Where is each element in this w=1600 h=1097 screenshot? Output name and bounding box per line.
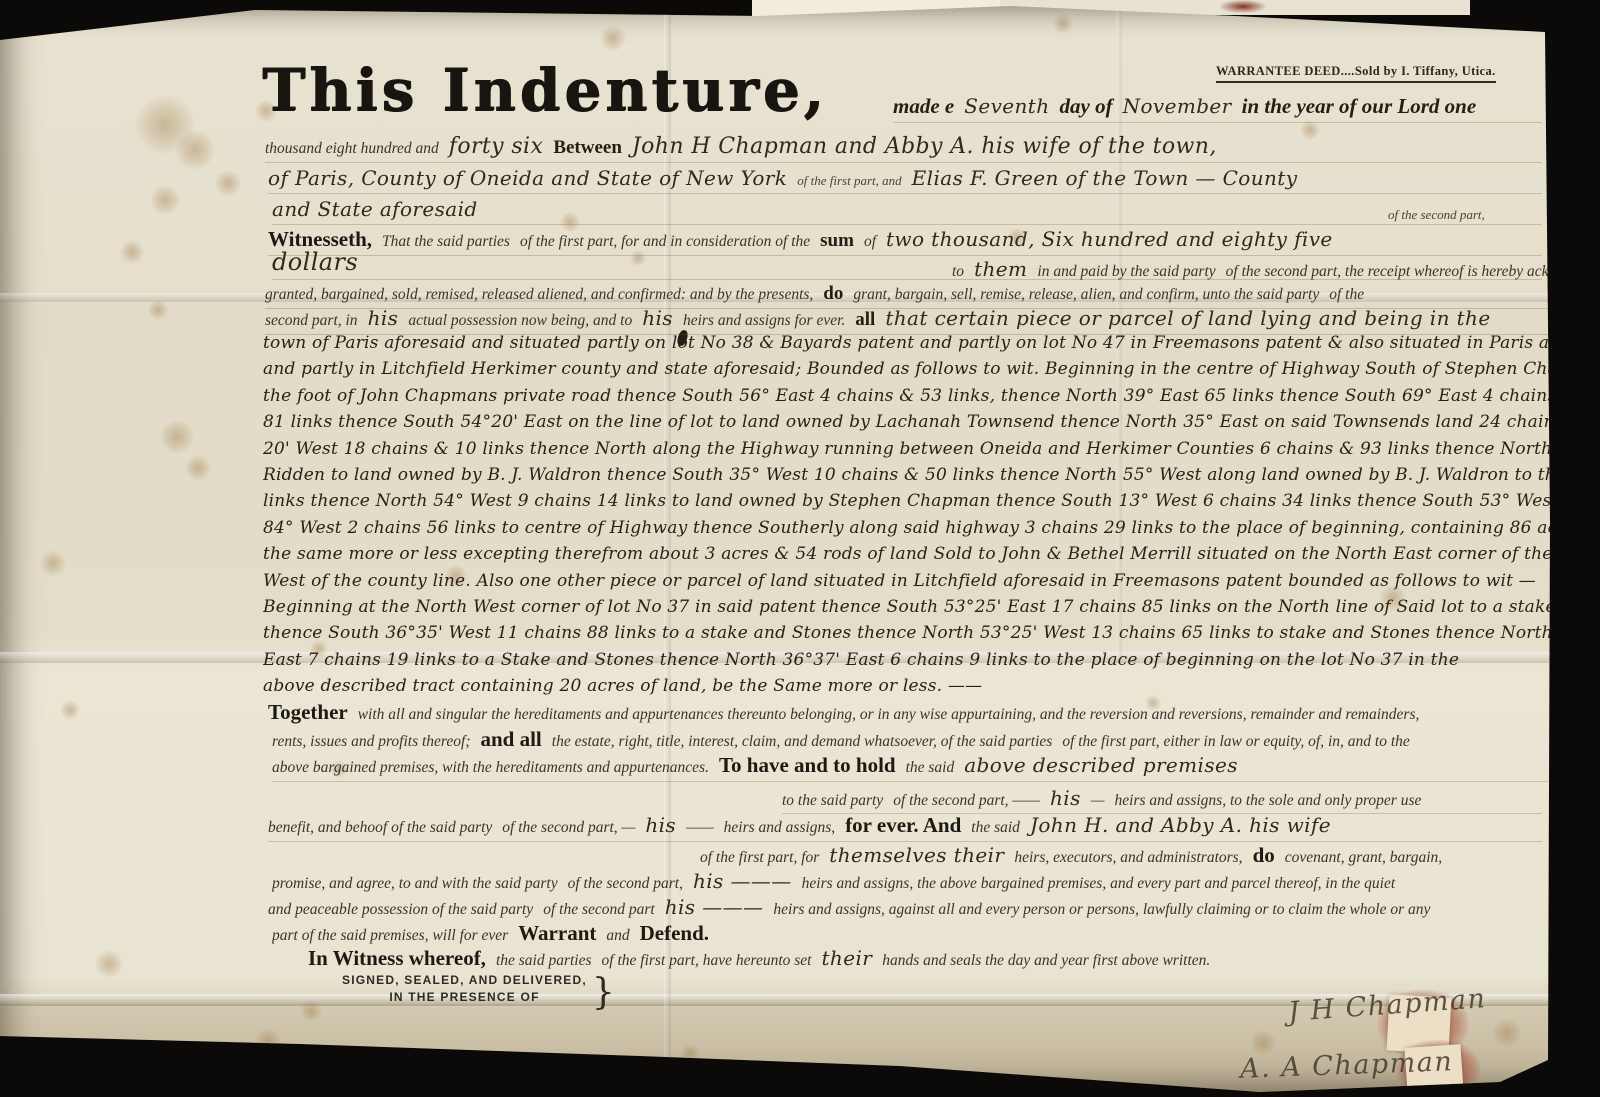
land-description-line: links thence North 54° West 9 chains 14 … [263,488,1558,514]
text-segment: do [1253,843,1275,867]
text-segment: Seventh [964,94,1049,118]
row-promise-agree: promise, and agree, to and with the said… [272,869,1552,893]
text-segment: promise, and agree, to and with the said… [272,875,558,892]
text-segment: thousand eight hundred and [265,140,439,157]
row-rents-issues: rents, issues and profits thereof;and al… [272,727,1550,752]
row-grantee: of Paris, County of Oneida and State of … [268,166,1542,194]
text-segment: their [821,946,872,970]
land-description-line: 20' West 18 chains & 10 links thence Nor… [263,436,1558,462]
text-segment: the said [971,819,1020,836]
text-segment: his ——— [693,869,792,893]
text-segment: November [1123,94,1232,118]
row-to-said-party: to the said partyof the second part, ——h… [782,786,1542,814]
signed-line-2: IN THE PRESENCE OF [342,989,587,1006]
vendor-stamp: WARRANTEE DEED....Sold by I. Tiffany, Ut… [1216,64,1496,83]
text-segment: In Witness whereof, [308,946,486,970]
signed-sealed-block: SIGNED, SEALED, AND DELIVERED, IN THE PR… [342,972,587,1006]
deed-title: This Indenture, [262,56,828,124]
land-description-line: 84° West 2 chains 56 links to centre of … [263,515,1558,541]
text-segment: John H Chapman and Abby A. his wife of t… [632,134,1217,159]
row-themselves: of the first part, forthemselves theirhe… [700,843,1542,868]
text-segment: of the second part, [568,875,683,892]
stain-spot [1053,14,1073,34]
text-segment: granted, bargained, sold, remised, relea… [265,286,813,303]
text-segment: covenant, grant, bargain, [1285,849,1442,866]
text-segment: forty six [449,134,544,159]
land-description-line: and partly in Litchfield Herkimer county… [263,356,1558,382]
text-segment: part of the said premises, will for ever [272,927,508,944]
stain-spot [148,300,168,320]
text-segment: — [1091,792,1105,809]
text-segment: to [952,263,964,280]
text-segment: Between [553,137,622,158]
text-segment: of the second part, — [502,819,635,836]
land-description-line: East 7 chains 19 links to a Stake and St… [263,647,1558,673]
text-segment: themselves their [829,843,1004,867]
text-segment: of the [1329,286,1364,303]
land-description-line: Beginning at the North West corner of lo… [263,594,1558,620]
red-ink-mark [1220,0,1266,13]
text-segment: of the second part, —— [893,792,1040,809]
text-segment: his [645,813,676,837]
land-description-line: Ridden to land owned by B. J. Waldron th… [263,462,1558,488]
brace-glyph: } [592,972,616,1013]
text-segment: heirs and assigns for ever. [683,312,845,329]
text-segment: the estate, right, title, interest, clai… [552,733,1053,750]
land-description-line: thence South 36°35' West 11 chains 88 li… [263,620,1558,646]
row-together: Togetherwith all and singular the heredi… [268,700,1550,725]
text-segment: his [642,306,673,330]
stain-spot [160,420,194,454]
text-segment: his [368,306,399,330]
stain-spot [215,170,241,196]
row-warrant-defend: part of the said premises, will for ever… [272,921,719,946]
text-segment: and [606,927,629,944]
text-segment: in and paid by the said party [1037,263,1215,280]
text-segment: for ever. And [845,813,961,837]
row-payment: tothemin and paid by the said partyof th… [952,257,1600,282]
text-segment: Defend. [640,921,709,945]
text-segment: of the first part, for [700,849,819,866]
text-segment: actual possession now being, and to [408,312,632,329]
stain-spot [1492,1018,1522,1048]
text-segment: that certain piece or parcel of land lyi… [885,306,1490,330]
stain-spot [40,550,66,576]
land-description-line: the same more or less excepting therefro… [263,541,1558,567]
text-segment: heirs and assigns, the above bargained p… [802,875,1396,892]
signed-line-1: SIGNED, SEALED, AND DELIVERED, [342,972,587,989]
text-segment: of the second part, the receipt whereof … [1226,263,1600,280]
text-segment: do [823,283,843,304]
text-segment: above described premises [964,753,1238,777]
text-segment: above bargained premises, with the hered… [272,759,709,776]
text-segment: benefit, and behoof of the said party [268,819,492,836]
text-segment: of the first part, and [797,173,901,188]
text-segment: of the second part [543,901,655,918]
stain-spot [60,700,80,720]
text-segment: Warrant [518,921,596,945]
text-segment: and all [480,727,541,751]
row-state-aforesaid: and State aforesaid [272,197,1542,225]
text-segment: in the year of our Lord one [1242,94,1477,118]
text-segment: of Paris, County of Oneida and State of … [268,166,787,190]
text-segment: dollars [272,248,358,276]
text-segment: day of [1060,94,1113,118]
text-segment: his ——— [665,895,764,919]
text-segment: grant, bargain, sell, remise, release, a… [853,286,1319,303]
land-description-line: 81 links thence South 54°20' East on the… [263,409,1558,435]
row-grantors: thousand eight hundred andforty sixBetwe… [265,134,1542,163]
text-segment: to the said party [782,792,883,809]
text-segment: all [855,309,875,330]
stain-spot [95,950,123,978]
text-segment: Together [268,700,348,724]
row-for-ever-and: benefit, and behoof of the said partyof … [268,813,1542,842]
text-segment: of the first part, have hereunto set [602,952,812,969]
stain-spot [120,240,144,264]
land-description-line: town of Paris aforesaid and situated par… [263,330,1558,356]
stain-spot [255,1028,281,1054]
land-description-line: above described tract containing 20 acre… [263,673,1558,699]
deed-paper: WARRANTEE DEED....Sold by I. Tiffany, Ut… [0,0,1600,1097]
text-segment: heirs and assigns, [724,819,836,836]
text-segment: made e [893,94,954,118]
row-in-witness: In Witness whereof,the said partiesof th… [308,946,1542,971]
text-segment: the said parties [496,952,592,969]
document-scan: WARRANTEE DEED....Sold by I. Tiffany, Ut… [0,0,1600,1097]
stain-spot [185,455,211,481]
text-segment: the said [906,759,955,776]
text-segment: of the second part, [1388,207,1485,222]
text-segment: them [974,257,1027,281]
row-date: made eSeventhday ofNovemberin the year o… [893,94,1542,123]
text-segment: of the first part, either in law or equi… [1062,733,1409,750]
text-segment: and State aforesaid [272,197,478,221]
stain-spot [300,1000,322,1022]
stain-spot [175,130,215,170]
text-segment: John H. and Abby A. his wife [1030,813,1331,837]
text-segment: —— [686,819,714,836]
land-description-line: West of the county line. Also one other … [263,568,1558,594]
text-segment: and peaceable possession of the said par… [268,901,533,918]
text-segment: hands and seals the day and year first a… [882,952,1210,969]
text-segment: heirs and assigns, against all and every… [773,901,1430,918]
stain-spot [600,25,626,51]
text-segment: rents, issues and profits thereof; [272,733,470,750]
land-description-block: town of Paris aforesaid and situated par… [263,330,1558,700]
row-peaceable: and peaceable possession of the said par… [268,895,1552,919]
stain-spot [150,185,180,215]
text-segment: heirs and assigns, to the sole and only … [1115,792,1422,809]
text-segment: To have and to hold [719,753,896,777]
text-segment: heirs, executors, and administrators, [1014,849,1242,866]
row-second-part: of the second part, [1388,206,1495,224]
stain-spot [680,1044,700,1064]
text-segment: second part, in [265,312,358,329]
land-description-line: the foot of John Chapmans private road t… [263,383,1558,409]
row-to-have-hold: above bargained premises, with the hered… [272,753,1548,782]
text-segment: with all and singular the hereditaments … [358,706,1420,723]
text-segment: his [1050,786,1081,810]
text-segment: Elias F. Green of the Town — County [912,166,1298,190]
